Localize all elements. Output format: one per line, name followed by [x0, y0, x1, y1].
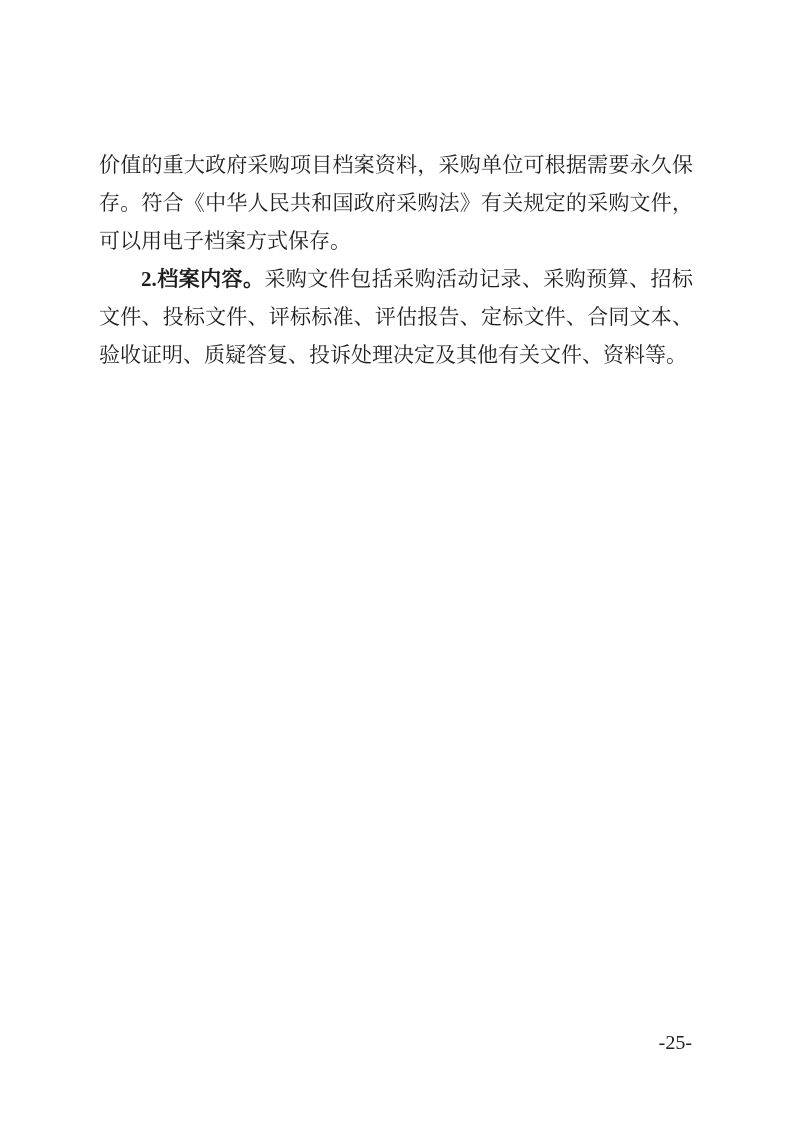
document-page: 价值的重大政府采购项目档案资料，采购单位可根据需要永久保存。符合《中华人民共和国… — [0, 0, 793, 1122]
paragraph-archive-retention: 价值的重大政府采购项目档案资料，采购单位可根据需要永久保存。符合《中华人民共和国… — [99, 146, 693, 260]
paragraph-heading: 2.档案内容。 — [141, 267, 264, 291]
page-number: -25- — [659, 1031, 692, 1055]
paragraph-archive-contents: 2.档案内容。采购文件包括采购活动记录、采购预算、招标文件、投标文件、评标标准、… — [99, 260, 693, 374]
paragraph-text: 价值的重大政府采购项目档案资料，采购单位可根据需要永久保存。符合《中华人民共和国… — [99, 153, 693, 253]
document-body: 价值的重大政府采购项目档案资料，采购单位可根据需要永久保存。符合《中华人民共和国… — [99, 146, 693, 374]
